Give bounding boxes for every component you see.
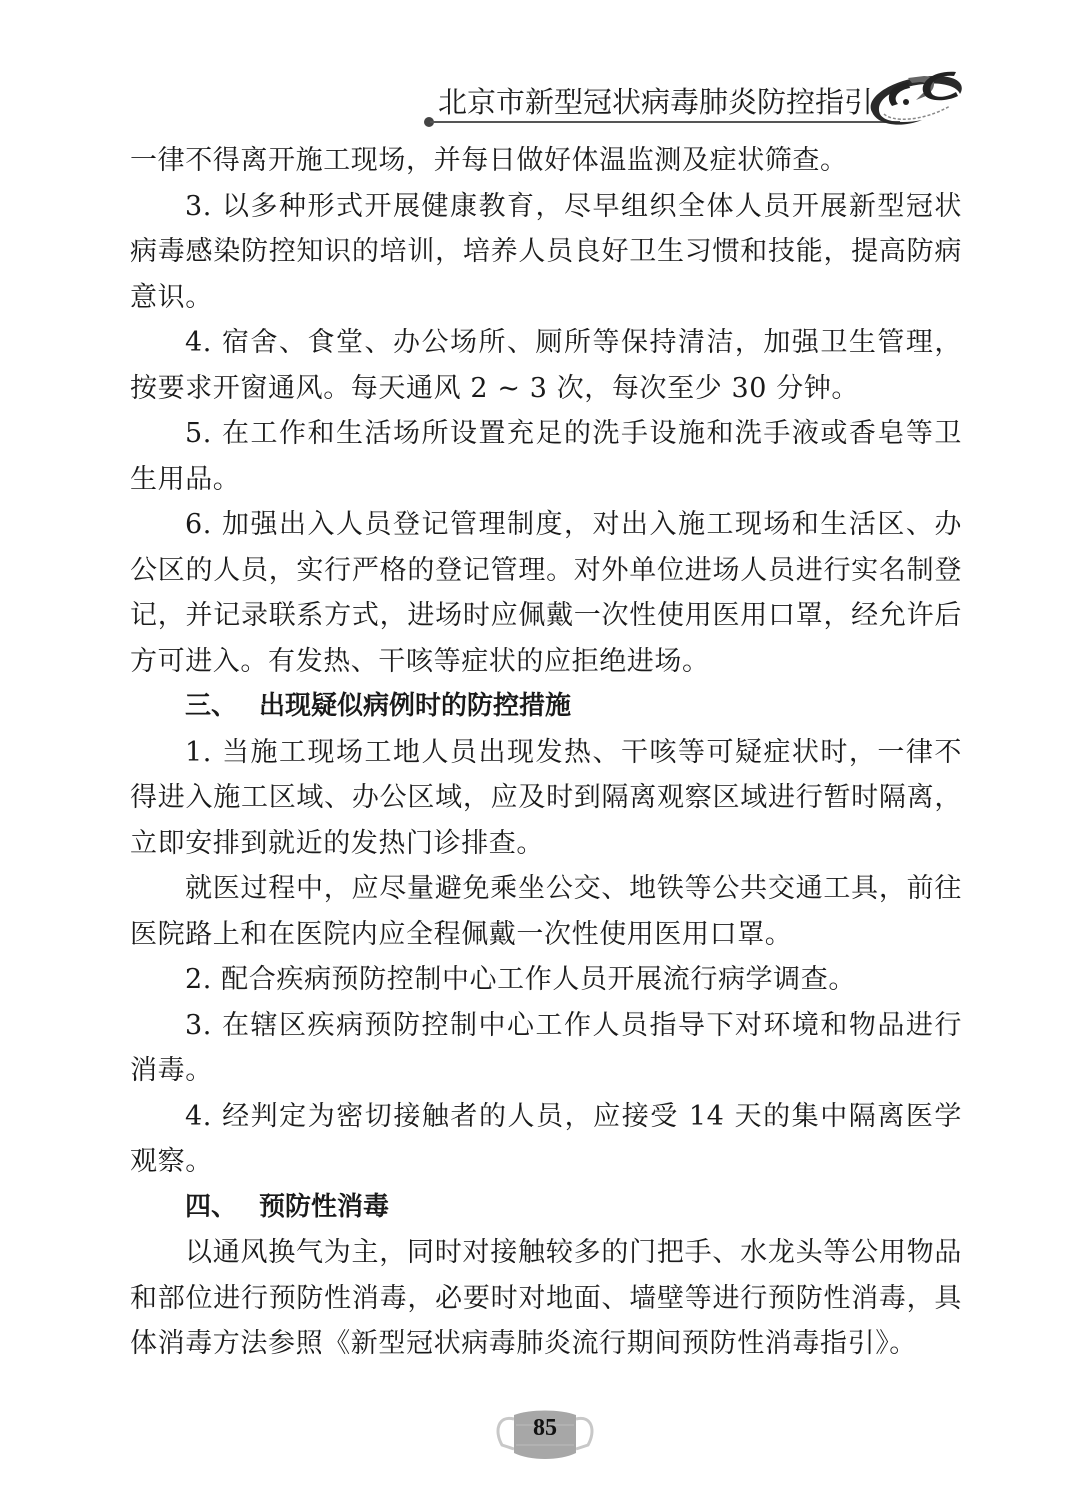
paragraph-item-5: 5. 在工作和生活场所设置充足的洗手设施和洗手液或香皂等卫生用品。	[130, 411, 962, 502]
document-body: 一律不得离开施工现场，并每日做好体温监测及症状筛查。 3. 以多种形式开展健康教…	[130, 138, 962, 1367]
page-footer: 85	[480, 1405, 610, 1465]
section-heading-text: 出现疑似病例时的防控措施	[259, 691, 571, 721]
section-heading-4: 四、预防性消毒	[130, 1185, 962, 1231]
paragraph-item-4: 4. 经判定为密切接触者的人员，应接受 14 天的集中隔离医学观察。	[130, 1094, 962, 1185]
paragraph-item-6: 6. 加强出入人员登记管理制度，对出入施工现场和生活区、办公区的人员，实行严格的…	[130, 502, 962, 684]
section-heading-text: 预防性消毒	[259, 1192, 389, 1222]
running-header-title: 北京市新型冠状病毒肺炎防控指引	[438, 80, 873, 121]
paragraph-item-1: 1. 当施工现场工地人员出现发热、干咳等可疑症状时，一律不得进入施工区域、办公区…	[130, 730, 962, 867]
paragraph: 一律不得离开施工现场，并每日做好体温监测及症状筛查。	[130, 138, 962, 184]
paragraph-item-2: 2. 配合疾病预防控制中心工作人员开展流行病学调查。	[130, 957, 962, 1003]
paragraph-item-4: 4. 宿舍、食堂、办公场所、厕所等保持清洁，加强卫生管理，按要求开窗通风。每天通…	[130, 320, 962, 411]
section-heading-number: 四、	[185, 1185, 237, 1231]
paragraph-item-3: 3. 以多种形式开展健康教育，尽早组织全体人员开展新型冠状病毒感染防控知识的培训…	[130, 184, 962, 321]
running-header: 北京市新型冠状病毒肺炎防控指引	[0, 0, 1080, 140]
header-rule	[430, 121, 900, 123]
section-heading-3: 三、出现疑似病例时的防控措施	[130, 684, 962, 730]
paragraph: 以通风换气为主，同时对接触较多的门把手、水龙头等公用物品和部位进行预防性消毒，必…	[130, 1230, 962, 1367]
page-number: 85	[480, 1415, 610, 1442]
paragraph-item-3: 3. 在辖区疾病预防控制中心工作人员指导下对环境和物品进行消毒。	[130, 1003, 962, 1094]
paragraph: 就医过程中，应尽量避免乘坐公交、地铁等公共交通工具，前往医院路上和在医院内应全程…	[130, 866, 962, 957]
cdc-logo-icon	[862, 68, 966, 130]
section-heading-number: 三、	[185, 684, 237, 730]
